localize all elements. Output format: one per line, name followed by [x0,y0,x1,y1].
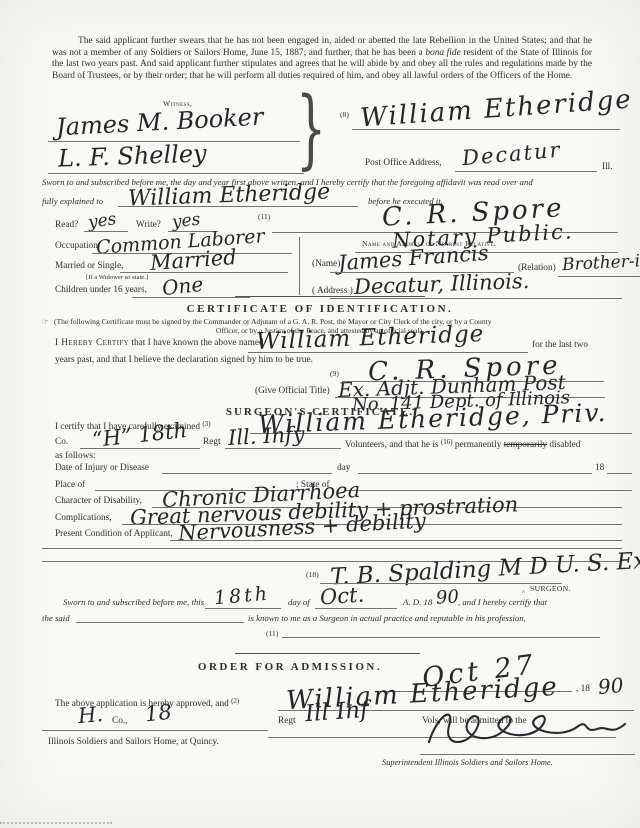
witness-signature-2: L. F. Shelley [58,139,207,172]
affidavit-bona-fide: bona fide [425,48,460,58]
surgeon-sworn-tail2: is known to me as a Surgeon in actual pr… [248,613,526,623]
caret-mark: ^ [522,589,525,596]
form-line [132,297,250,298]
column-divider [299,237,300,295]
sworn-day-value: 18th [213,583,271,610]
regt-value: Ill. Infy [227,422,305,450]
post-office-label: Post Office Address, [365,158,442,170]
married-value: Married [149,245,237,275]
order-year-prefix: , 18 [576,684,590,696]
notary-marker: (11) [258,212,270,221]
form-line [42,730,268,731]
order-num-value: 18 [144,700,173,727]
permanently-text: permanently [453,440,504,450]
co-label: Co. [55,437,68,449]
order-year-value: 90 [597,673,624,699]
form-line [84,231,128,232]
form-line [607,473,632,474]
volunteers-text: Volunteers, and that he is [345,440,441,450]
complications-label: Complications, [55,513,112,525]
order-regt-label: Regt [278,716,296,728]
brace-icon: } [296,86,326,172]
temporarily-struck: temporarily [504,440,547,450]
form-line [420,754,635,755]
surgeon-sworn-tail1: , and I hereby certify that [458,597,547,607]
sworn-month-value: Oct. [319,582,365,609]
section-rule [235,653,420,654]
relative-name-value: James Francis [337,241,489,275]
affidavit-paragraph: The said applicant further swears that h… [52,36,592,82]
scan-artifact-dotted-line [0,822,112,824]
applicant-signature: William Etheridge [359,85,633,134]
children-label: Children under 16 years, [55,285,147,297]
occupation-label: Occupation [55,241,98,253]
surgeon-signature: T. B. Spalding M D U. S. Ex. [330,548,640,591]
superintendent-signature [425,698,635,756]
relative-name-label: (Name) [312,259,340,271]
cert-id-tail2: years past, and that I believe the decla… [55,355,313,367]
sworn-year-value: 90 [435,586,459,609]
form-line [80,448,200,449]
pointing-hand-icon: ☞ [42,317,49,326]
form-line [76,622,244,623]
form-line [352,129,620,130]
superintendent-title: Superintendent Illinois Soldiers and Sai… [382,758,553,767]
surgeon-sig-marker: (18) [306,570,319,579]
perm-marker: (16) [441,438,453,446]
approved-marker: (2) [231,697,239,705]
home-text: Illinois Soldiers and Sailors Home, at Q… [48,737,219,749]
post-office-state: Ill. [602,162,613,174]
cert-id-certify-line: I Hereby Certify that I have known the a… [55,338,264,350]
cert-id-certify-lead: I Hereby Certify [55,338,129,348]
form-line [205,608,281,609]
order-co-value: H. [77,702,104,728]
section-rule [235,296,425,297]
the-said-label: the said [42,613,70,623]
form-line [162,473,332,474]
married-label: Married or Single, [55,261,123,273]
as-follows: as follows: [55,451,96,463]
day-of-label: day of [288,597,310,607]
day-label: day [337,463,350,475]
form-line [225,448,341,449]
witness-signature-1: James M. Booker [55,103,264,142]
form-line [558,276,640,277]
ad-label: A. D. 18 [403,597,432,607]
form-line [282,637,600,638]
regt-label: Regt [203,437,221,449]
widower-note: [If a Widower so state.] [86,274,148,281]
examined-marker: (3) [202,420,210,428]
scanned-form-page: The said applicant further swears that h… [0,0,640,828]
condition-label: Present Condition of Applicant, [55,529,173,541]
cert-id-title: CERTIFICATE OF IDENTIFICATION. [0,303,640,315]
form-line [120,272,288,273]
read-value: yes [87,209,118,233]
official-title-label: (Give Official Title) [255,386,330,398]
relative-address-value: Decatur, Illinois. [354,269,530,299]
notary-marker-2: (11) [266,629,278,638]
post-office-value: Decatur [461,138,562,171]
cert-id-sig-marker: (9) [330,369,339,378]
applicant-signature-marker: (8) [340,110,349,119]
injury-date-label: Date of Injury or Disease [55,463,149,475]
surgeon-sig-title: SURGEON. [530,584,571,593]
form-line [345,490,632,491]
children-value: One [161,272,204,300]
order-co-label: Co., [112,716,128,728]
cert-id-certify-mid: that I have known the above named [129,338,264,348]
form-line [170,540,622,541]
form-line [250,433,632,434]
form-line [118,206,358,207]
write-label: Write? [136,220,161,232]
form-line [455,171,597,172]
surgeon-sworn-lead: Sworn to and subscribed before me, this [63,597,204,607]
form-line [42,548,622,549]
place-label: Place of [55,480,85,492]
form-line [358,473,592,474]
form-line [315,608,397,609]
disabled-text: disabled [547,440,580,450]
order-unit-value: Ill Inf [304,697,369,727]
read-label: Read? [55,220,78,232]
form-line [48,173,304,174]
volunteers-line: Volunteers, and that he is (16) permanen… [345,437,580,452]
year-prefix: 18 [595,463,604,475]
form-line [330,298,622,299]
sworn-explained-label: fully explained to [42,196,103,206]
